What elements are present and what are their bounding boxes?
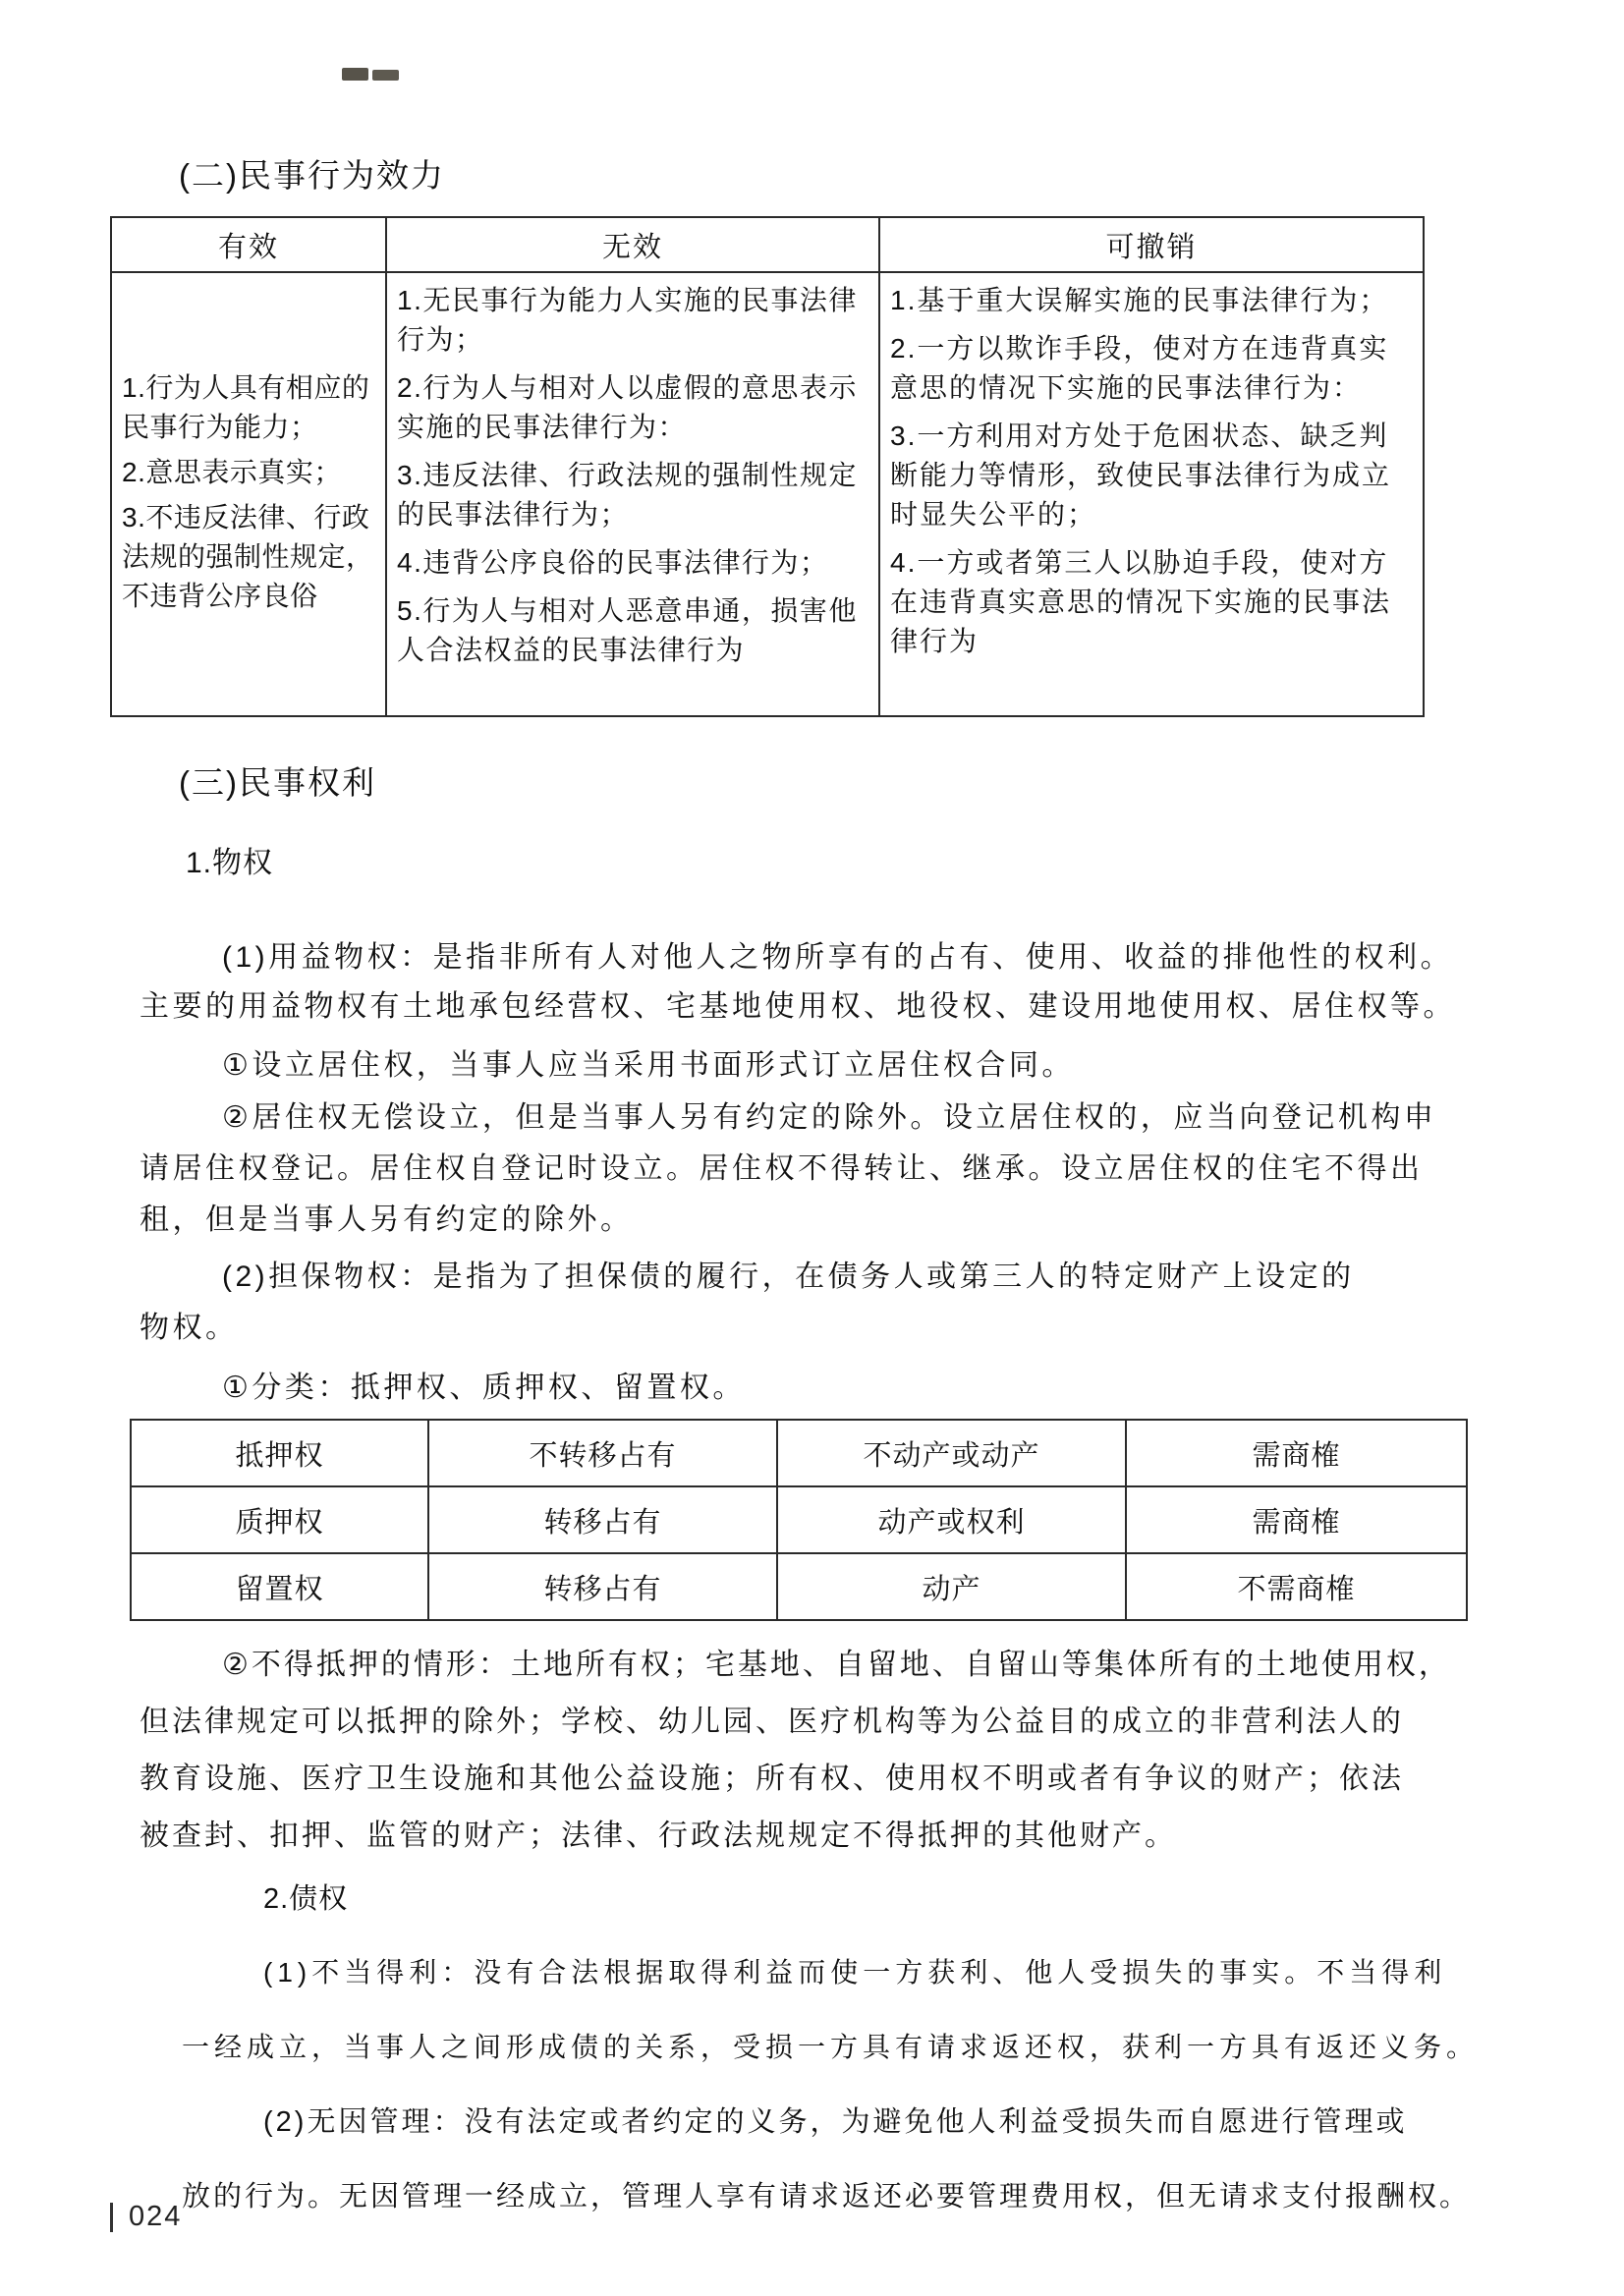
- table-cell: 不转移占有: [428, 1420, 777, 1486]
- section-heading-civil-rights: (三)民事权利: [179, 764, 1624, 802]
- table-cell: 留置权: [131, 1553, 428, 1620]
- table-cell: 需商榷: [1126, 1420, 1467, 1486]
- section-heading-civil-act-effect: (二)民事行为效力: [179, 157, 1624, 195]
- paragraph-negotiorum-gestio: (2)无因管理：没有法定或者约定的义务，为避免他人利益受损失而自愿进行管理或 放…: [182, 2085, 1516, 2234]
- invalid-item: 1.无民事行为能力人实施的民事法律 行为；: [397, 281, 872, 360]
- security-interest-table: 抵押权 不转移占有 不动产或动产 需商榷 质押权 转移占有 动产或权利 需商榷 …: [130, 1419, 1468, 1621]
- validity-header-valid: 有效: [111, 217, 386, 272]
- validity-table-header-row: 有效 无效 可撤销: [111, 217, 1424, 272]
- paragraph-security-interest: (2)担保物权：是指为了担保债的履行，在债务人或第三人的特定财产上设定的 物权。: [140, 1252, 1496, 1354]
- subheading-property-rights: 1.物权: [186, 849, 1624, 878]
- table-row: 留置权 转移占有 动产 不需商榷: [131, 1553, 1467, 1620]
- paragraph-usufruct-right: (1)用益物权：是指非所有人对他人之物所享有的占有、使用、收益的排他性的权利。 …: [140, 933, 1496, 1032]
- validity-table-body-row: 1.行为人具有相应的 民事行为能力； 2.意思表示真实； 3.不违反法律、行政 …: [111, 272, 1424, 716]
- page-footer: 024: [110, 2201, 182, 2233]
- paragraph-residence-right-2: ②居住权无偿设立，但是当事人另有约定的除外。设立居住权的，应当向登记机构申 请居…: [140, 1092, 1496, 1246]
- table-cell: 不动产或动产: [777, 1420, 1126, 1486]
- valid-item: 2.意思表示真实；: [122, 453, 379, 492]
- revocable-item: 4.一方或者第三人以胁迫手段，使对方 在违背真实意思的情况下实施的民事法 律行为: [890, 543, 1417, 661]
- paragraph-classification: ①分类：抵押权、质押权、留置权。: [140, 1368, 1496, 1409]
- invalid-item: 2.行为人与相对人以虚假的意思表示 实施的民事法律行为：: [397, 368, 872, 447]
- paragraph-residence-right-1: ①设立居住权，当事人应当采用书面形式订立居住权合同。: [140, 1043, 1496, 1089]
- subheading-creditor-rights: 2.债权: [263, 1884, 1624, 1914]
- table-cell: 动产或权利: [777, 1486, 1126, 1553]
- revocable-item: 3.一方利用对方处于危困状态、缺乏判 断能力等情形，致使民事法律行为成立 时显失…: [890, 417, 1417, 534]
- valid-item: 3.不违反法律、行政 法规的强制性规定， 不违背公序良俗: [122, 498, 379, 616]
- revocable-item: 2.一方以欺诈手段，使对方在违背真实 意思的情况下实施的民事法律行为：: [890, 329, 1417, 408]
- table-cell: 动产: [777, 1553, 1126, 1620]
- validity-header-invalid: 无效: [386, 217, 879, 272]
- validity-cell-revocable: 1.基于重大误解实施的民事法律行为； 2.一方以欺诈手段，使对方在违背真实 意思…: [879, 272, 1424, 716]
- smudge-mark-icon: [342, 68, 368, 81]
- document-page: (二)民事行为效力 有效 无效 可撤销 1.行为人具有相应的 民事行为能力； 2…: [0, 0, 1624, 2296]
- invalid-item: 3.违反法律、行政法规的强制性规定 的民事法律行为；: [397, 456, 872, 534]
- table-row: 抵押权 不转移占有 不动产或动产 需商榷: [131, 1420, 1467, 1486]
- valid-item: 1.行为人具有相应的 民事行为能力；: [122, 368, 379, 447]
- paragraph-unjust-enrichment: (1)不当得利：没有合法根据取得利益而使一方获利、他人受损失的事实。不当得利 一…: [182, 1935, 1516, 2085]
- validity-cell-valid: 1.行为人具有相应的 民事行为能力； 2.意思表示真实； 3.不违反法律、行政 …: [111, 272, 386, 716]
- table-cell: 不需商榷: [1126, 1553, 1467, 1620]
- page-number: 024: [129, 2201, 182, 2233]
- table-cell: 质押权: [131, 1486, 428, 1553]
- table-cell: 转移占有: [428, 1553, 777, 1620]
- validity-cell-invalid: 1.无民事行为能力人实施的民事法律 行为； 2.行为人与相对人以虚假的意思表示 …: [386, 272, 879, 716]
- table-cell: 抵押权: [131, 1420, 428, 1486]
- validity-table: 有效 无效 可撤销 1.行为人具有相应的 民事行为能力； 2.意思表示真实； 3…: [110, 216, 1425, 717]
- revocable-item: 1.基于重大误解实施的民事法律行为；: [890, 281, 1417, 320]
- validity-header-revocable: 可撤销: [879, 217, 1424, 272]
- invalid-item: 5.行为人与相对人恶意串通，损害他 人合法权益的民事法律行为: [397, 591, 872, 670]
- table-cell: 转移占有: [428, 1486, 777, 1553]
- invalid-item: 4.违背公序良俗的民事法律行为；: [397, 543, 872, 583]
- footer-divider: [110, 2203, 113, 2232]
- table-row: 质押权 转移占有 动产或权利 需商榷: [131, 1486, 1467, 1553]
- smudge-mark-icon: [372, 70, 399, 81]
- table-cell: 需商榷: [1126, 1486, 1467, 1553]
- paragraph-no-mortgage-cases: ②不得抵押的情形：土地所有权；宅基地、自留地、自留山等集体所有的土地使用权， 但…: [140, 1637, 1496, 1865]
